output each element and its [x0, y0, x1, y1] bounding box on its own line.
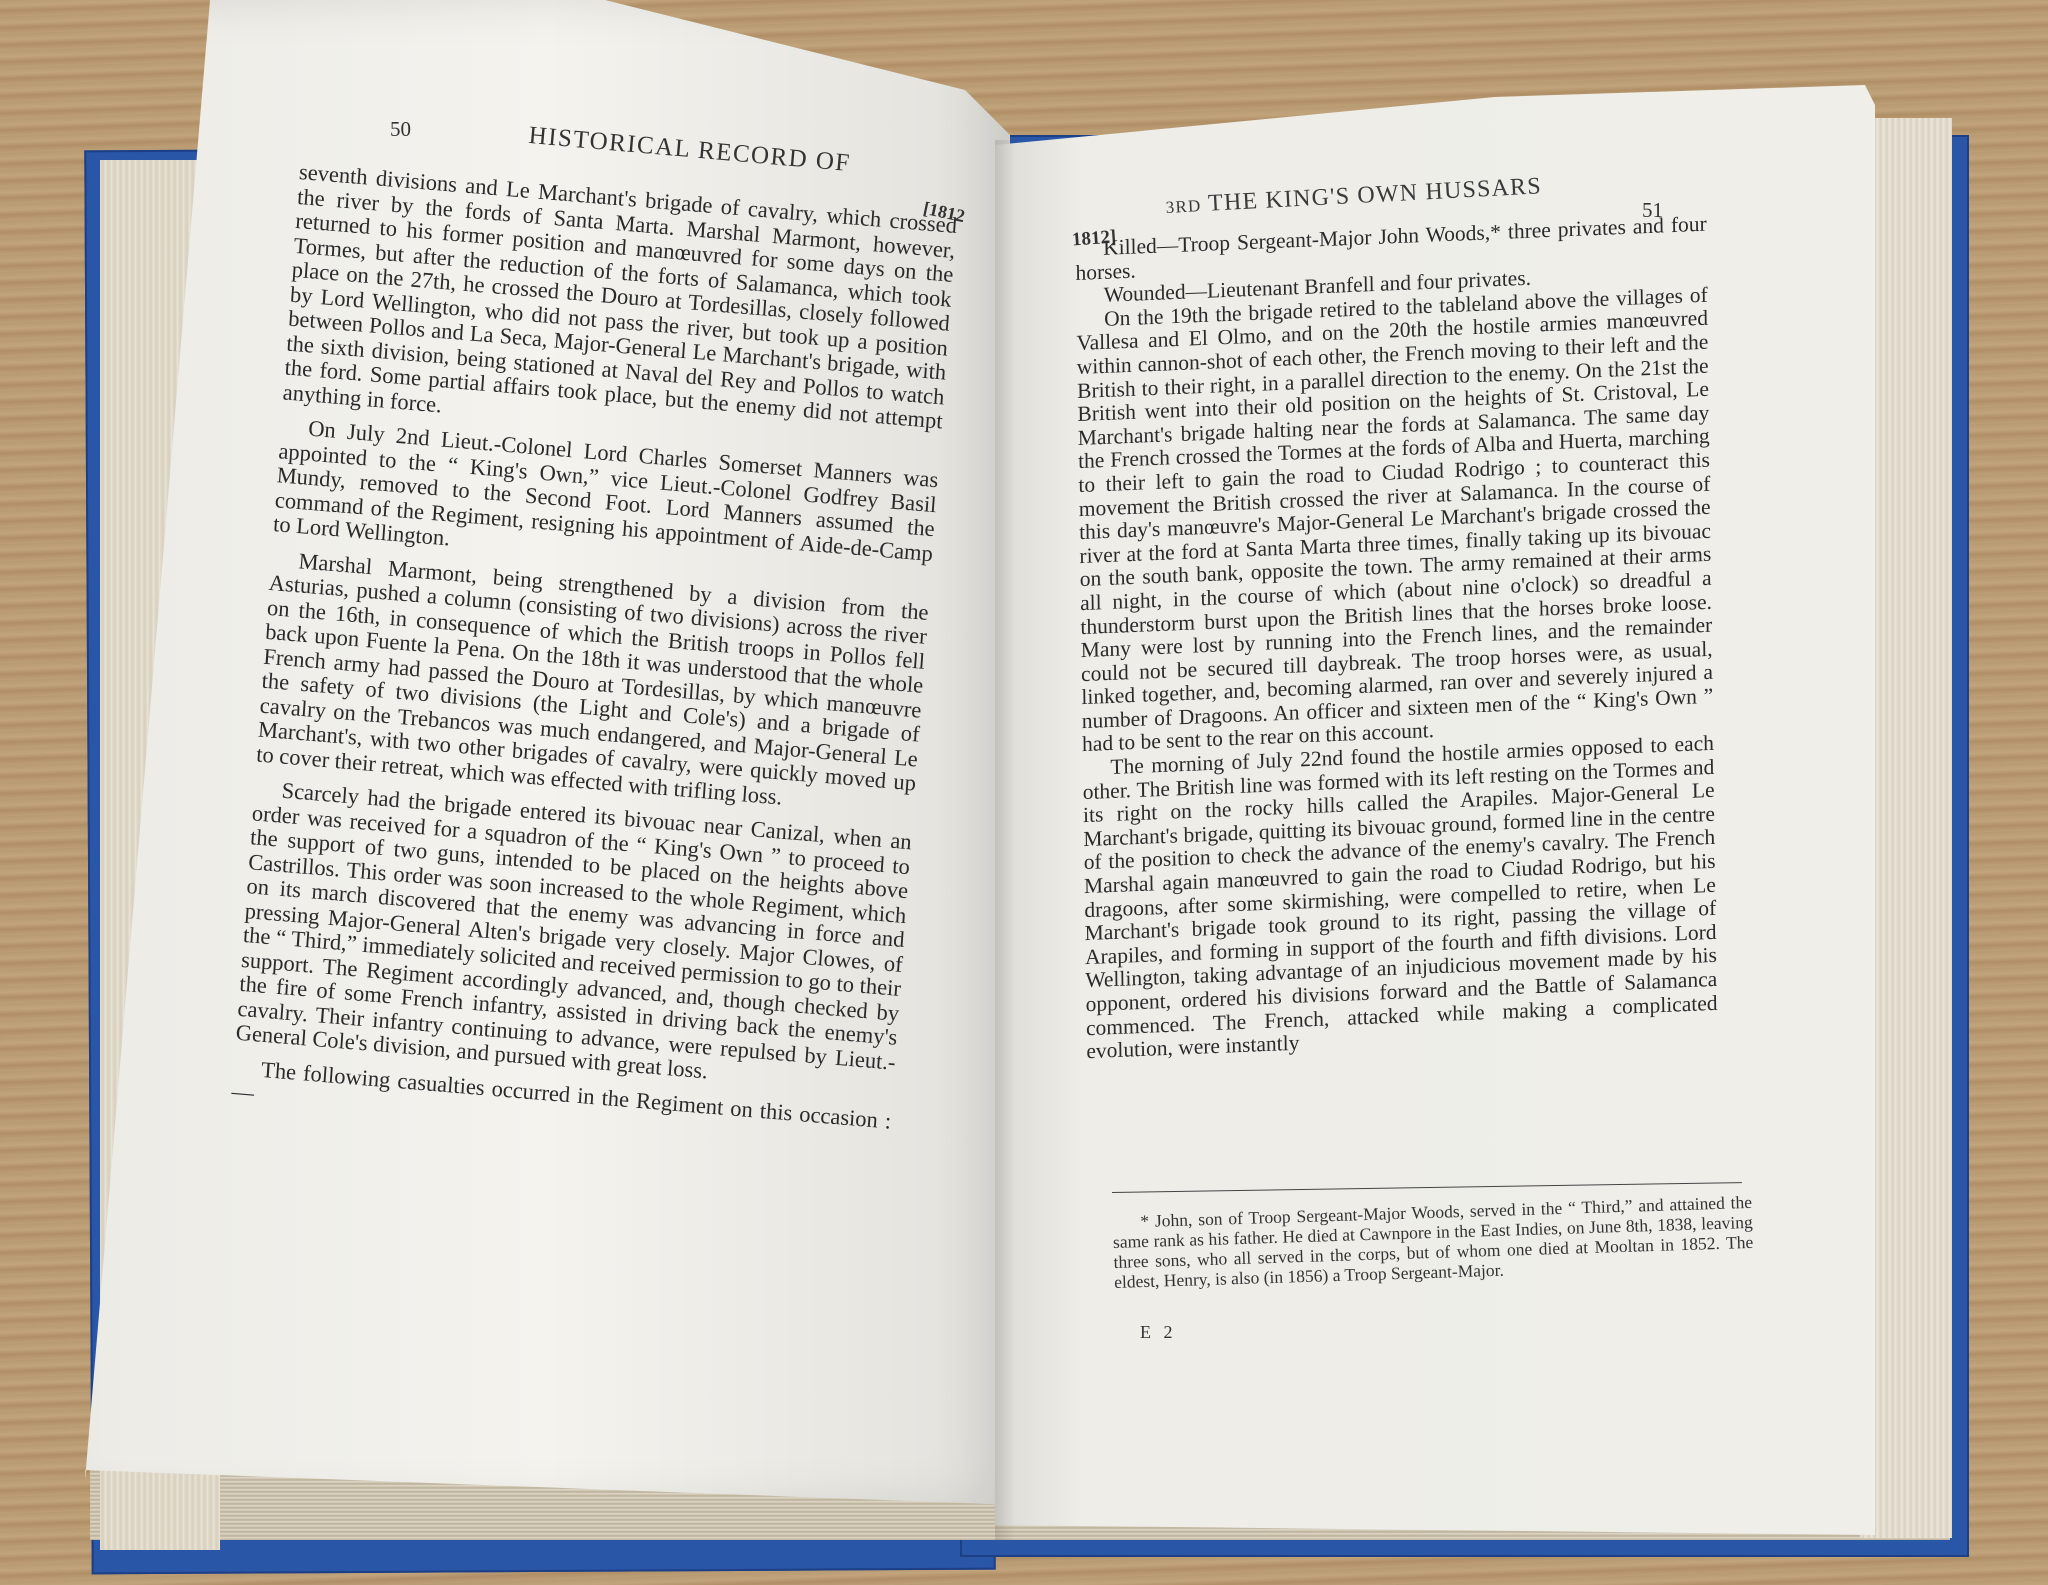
paragraph: Scarcely had the brigade entered its biv…	[235, 776, 913, 1099]
signature-mark: E 2	[1140, 1322, 1177, 1343]
paragraph: Marshal Marmont, being strengthened by a…	[255, 546, 929, 820]
paragraph: The morning of July 22nd found the hosti…	[1082, 732, 1718, 1064]
right-page-body: Killed—Troop Sergeant-Major John Woods,*…	[1075, 213, 1718, 1064]
paragraph: On the 19th the brigade retired to the t…	[1076, 283, 1714, 757]
paragraph: seventh divisions and Le Marchant's brig…	[282, 160, 958, 458]
left-page-body: seventh divisions and Le Marchant's brig…	[231, 160, 958, 1158]
running-head-prefix: 3RD	[1165, 196, 1202, 217]
left-page-number: 50	[390, 117, 411, 142]
gutter-shadow	[995, 140, 1015, 1540]
